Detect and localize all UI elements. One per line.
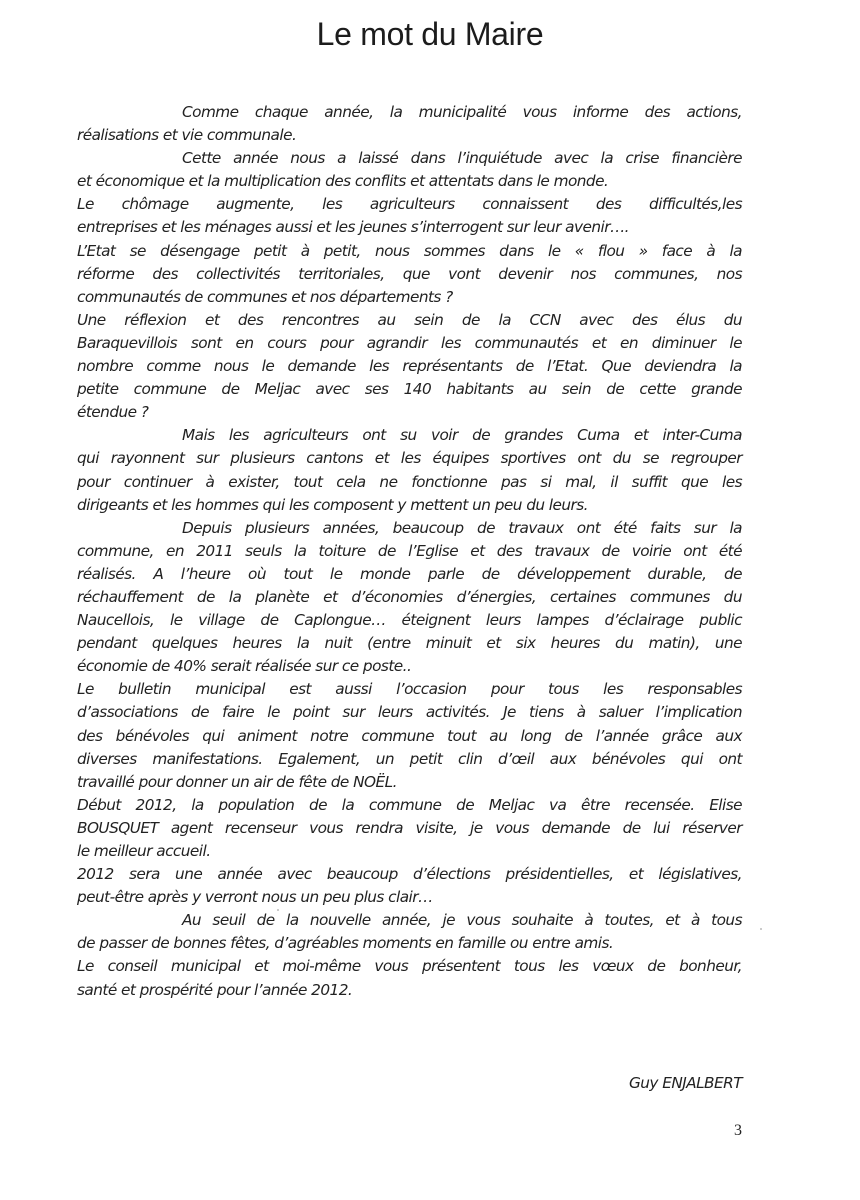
- text-line: peut-être après y verront nous un peu pl…: [77, 886, 742, 909]
- text-line: qui rayonnent sur plusieurs cantons et l…: [77, 447, 742, 470]
- text-line: Une réflexion et des rencontres au sein …: [77, 309, 742, 332]
- text-line: Comme chaque année, la municipalité vous…: [77, 101, 742, 124]
- text-line: diverses manifestations. Egalement, un p…: [77, 748, 742, 771]
- text-line: réalisés. A l’heure où tout le monde par…: [77, 563, 742, 586]
- text-line: L’Etat se désengage petit à petit, nous …: [77, 240, 742, 263]
- text-line: communautés de communes et nos départeme…: [77, 286, 742, 309]
- text-line: travaillé pour donner un air de fête de …: [77, 771, 742, 794]
- text-line: d’associations de faire le point sur leu…: [77, 701, 742, 724]
- text-line: BOUSQUET agent recenseur vous rendra vis…: [77, 817, 742, 840]
- text-line: 2012 sera une année avec beaucoup d’élec…: [77, 863, 742, 886]
- text-line: nombre comme nous le demande les représe…: [77, 355, 742, 378]
- text-line: réchauffement de la planète et d’économi…: [77, 586, 742, 609]
- text-line: Début 2012, la population de la commune …: [77, 794, 742, 817]
- text-line: économie de 40% serait réalisée sur ce p…: [77, 655, 742, 678]
- text-line: Au seuil de la nouvelle année, je vous s…: [77, 909, 742, 932]
- signature: Guy ENJALBERT: [629, 1074, 742, 1092]
- text-line: commune, en 2011 seuls la toiture de l’E…: [77, 540, 742, 563]
- page-number: 3: [734, 1122, 742, 1140]
- text-line: entreprises et les ménages aussi et les …: [77, 216, 742, 239]
- text-line: santé et prospérité pour l’année 2012.: [77, 979, 742, 1002]
- text-line: de passer de bonnes fêtes, d’agréables m…: [77, 932, 742, 955]
- scan-speck: [277, 909, 279, 911]
- text-line: petite commune de Meljac avec ses 140 ha…: [77, 378, 742, 401]
- page-title: Le mot du Maire: [0, 16, 860, 53]
- scan-speck: [760, 928, 762, 930]
- text-line: étendue ?: [77, 401, 742, 424]
- text-line: le meilleur accueil.: [77, 840, 742, 863]
- text-line: pour continuer à exister, tout cela ne f…: [77, 471, 742, 494]
- text-line: Baraquevillois sont en cours pour agrand…: [77, 332, 742, 355]
- text-line: Le chômage augmente, les agriculteurs co…: [77, 193, 742, 216]
- text-line: des bénévoles qui animent notre commune …: [77, 725, 742, 748]
- text-line: Le conseil municipal et moi-même vous pr…: [77, 955, 742, 978]
- text-line: Naucellois, le village de Caplongue… éte…: [77, 609, 742, 632]
- text-line: dirigeants et les hommes qui les compose…: [77, 494, 742, 517]
- text-line: Le bulletin municipal est aussi l’occasi…: [77, 678, 742, 701]
- text-line: réalisations et vie communale.: [77, 124, 742, 147]
- letter-body: Comme chaque année, la municipalité vous…: [77, 101, 742, 1002]
- text-line: Cette année nous a laissé dans l’inquiét…: [77, 147, 742, 170]
- text-line: et économique et la multiplication des c…: [77, 170, 742, 193]
- text-line: réforme des collectivités territoriales,…: [77, 263, 742, 286]
- text-line: Mais les agriculteurs ont su voir de gra…: [77, 424, 742, 447]
- text-line: pendant quelques heures la nuit (entre m…: [77, 632, 742, 655]
- text-line: Depuis plusieurs années, beaucoup de tra…: [77, 517, 742, 540]
